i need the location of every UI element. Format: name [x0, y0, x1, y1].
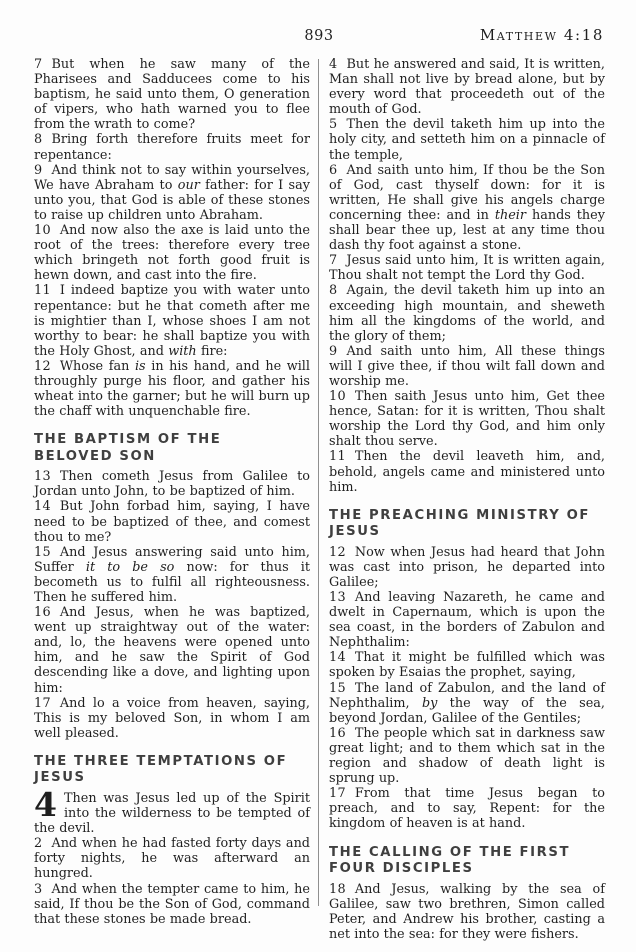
verse-text: fire: [197, 344, 228, 359]
verse-text: Then was Jesus led up of the Spirit into… [34, 791, 310, 836]
verse: 16And Jesus, when he was baptized, went … [34, 605, 310, 696]
verse-number: 12 [34, 359, 51, 374]
verse-number: 7 [34, 57, 42, 72]
verse-number: 14 [329, 650, 346, 665]
verse-number: 18 [329, 882, 346, 897]
chapter-start-verse: 4Then was Jesus led up of the Spirit int… [34, 791, 310, 836]
verse-number: 3 [34, 882, 42, 897]
verse-number: 6 [329, 163, 337, 178]
verse-text: But John forbad him, saying, I have need… [34, 499, 310, 544]
verse: 2And when he had fasted forty days and f… [34, 836, 310, 881]
verse: 4But he answered and said, It is written… [329, 57, 605, 117]
verse-text: And lo a voice from heaven, saying, This… [34, 696, 310, 741]
bible-page: 893 Matthew 4:18 7But when he saw many o… [0, 0, 636, 952]
verse: 14But John forbad him, saying, I have ne… [34, 499, 310, 544]
verse: 7But when he saw many of the Pharisees a… [34, 57, 310, 132]
verse-number: 7 [329, 253, 337, 268]
verse-text: Then cometh Jesus from Galilee to Jordan… [34, 469, 310, 499]
verse: 3And when the tempter came to him, he sa… [34, 882, 310, 927]
verse-text-italic: our [178, 178, 200, 193]
verse: 18And Jesus, walking by the sea of Galil… [329, 882, 605, 942]
verse: 8Bring forth therefore fruits meet for r… [34, 132, 310, 162]
verse: 9And think not to say within yourselves,… [34, 163, 310, 223]
running-head: Matthew 4:18 [480, 26, 604, 44]
section-heading: THE CALLING OF THE FIRST FOUR DISCIPLES [329, 845, 591, 878]
verse: 15And Jesus answering said unto him, Suf… [34, 545, 310, 605]
page-header: 893 Matthew 4:18 [34, 26, 606, 44]
verse-text: Whose fan [60, 359, 135, 374]
verse-text: Again, the devil taketh him up into an e… [329, 283, 605, 343]
verse-text: And when he had fasted forty days and fo… [34, 836, 310, 881]
verse-text-italic: by [422, 696, 437, 711]
verse-number: 16 [34, 605, 51, 620]
verse-number: 16 [329, 726, 346, 741]
verse-text: And Jesus, walking by the sea of Galilee… [329, 882, 605, 942]
verse-number: 5 [329, 117, 337, 132]
verse: 16The people which sat in darkness saw g… [329, 726, 605, 786]
verse-text: And saith unto him, All these things wil… [329, 344, 605, 389]
verse-number: 12 [329, 545, 346, 560]
verse-number: 4 [329, 57, 337, 72]
verse-number: 8 [34, 132, 42, 147]
verse: 12Whose fan is in his hand, and he will … [34, 359, 310, 419]
verse: 6And saith unto him, If thou be the Son … [329, 163, 605, 254]
verse: 13And leaving Nazareth, he came and dwel… [329, 590, 605, 650]
verse-text-italic: it to be so [86, 560, 174, 575]
verse: 17From that time Jesus began to preach, … [329, 786, 605, 831]
verse-text: Jesus said unto him, It is written again… [329, 253, 605, 283]
section-heading: THE PREACHING MINISTRY OF JESUS [329, 508, 591, 541]
verse-number: 17 [34, 696, 51, 711]
verse-text: But he answered and said, It is written,… [329, 57, 605, 117]
verse: 10Then saith Jesus unto him, Get thee he… [329, 389, 605, 449]
verse-number: 9 [329, 344, 337, 359]
verse: 5Then the devil taketh him up into the h… [329, 117, 605, 162]
verse-number: 10 [329, 389, 346, 404]
verse-number: 2 [34, 836, 42, 851]
verse-text: And when the tempter came to him, he sai… [34, 882, 310, 927]
verse-number: 13 [329, 590, 346, 605]
verse-text: Then the devil leaveth him, and, behold,… [329, 449, 605, 494]
verse: 12Now when Jesus had heard that John was… [329, 545, 605, 590]
verse: 14That it might be fulfilled which was s… [329, 650, 605, 680]
verse-text-italic: is [135, 359, 146, 374]
verse-number: 9 [34, 163, 42, 178]
column-left: 7But when he saw many of the Pharisees a… [34, 57, 310, 942]
verse: 7Jesus said unto him, It is written agai… [329, 253, 605, 283]
verse-text: And Jesus, when he was baptized, went up… [34, 605, 310, 695]
verse-text-italic: their [495, 208, 526, 223]
verse: 13Then cometh Jesus from Galilee to Jord… [34, 469, 310, 499]
column-divider [318, 59, 319, 906]
verse-text: But when he saw many of the Pharisees an… [34, 57, 310, 132]
verse: 10And now also the axe is laid unto the … [34, 223, 310, 283]
verse-number: 10 [34, 223, 51, 238]
verse-text: From that time Jesus began to preach, an… [329, 786, 605, 831]
verse-text: Then saith Jesus unto him, Get thee henc… [329, 389, 605, 449]
verse-number: 11 [34, 283, 51, 298]
verse-number: 8 [329, 283, 337, 298]
verse-number: 11 [329, 449, 346, 464]
column-right: 4But he answered and said, It is written… [329, 57, 605, 942]
verse: 11I indeed baptize you with water unto r… [34, 283, 310, 358]
verse-number: 15 [34, 545, 51, 560]
verse-text: And leaving Nazareth, he came and dwelt … [329, 590, 605, 650]
verse: 9And saith unto him, All these things wi… [329, 344, 605, 389]
page-number: 893 [304, 28, 333, 44]
section-heading: THE THREE TEMPTATIONS OF JESUS [34, 754, 296, 787]
chapter-number: 4 [34, 792, 57, 818]
text-columns: 7But when he saw many of the Pharisees a… [34, 57, 606, 942]
verse: 8Again, the devil taketh him up into an … [329, 283, 605, 343]
verse-number: 13 [34, 469, 51, 484]
verse: 11Then the devil leaveth him, and, behol… [329, 449, 605, 494]
verse-text-italic: with [168, 344, 196, 359]
verse: 15The land of Zabulon, and the land of N… [329, 681, 605, 726]
verse-text: Then the devil taketh him up into the ho… [329, 117, 605, 162]
verse: 17And lo a voice from heaven, saying, Th… [34, 696, 310, 741]
verse-text: Now when Jesus had heard that John was c… [329, 545, 605, 590]
verse-number: 17 [329, 786, 346, 801]
verse-text: And now also the axe is laid unto the ro… [34, 223, 310, 283]
verse-number: 14 [34, 499, 51, 514]
verse-text: The people which sat in darkness saw gre… [329, 726, 605, 786]
verse-text: Bring forth therefore fruits meet for re… [34, 132, 310, 162]
verse-text: That it might be fulfilled which was spo… [329, 650, 605, 680]
verse-number: 15 [329, 681, 346, 696]
section-heading: THE BAPTISM OF THE BELOVED SON [34, 432, 296, 465]
